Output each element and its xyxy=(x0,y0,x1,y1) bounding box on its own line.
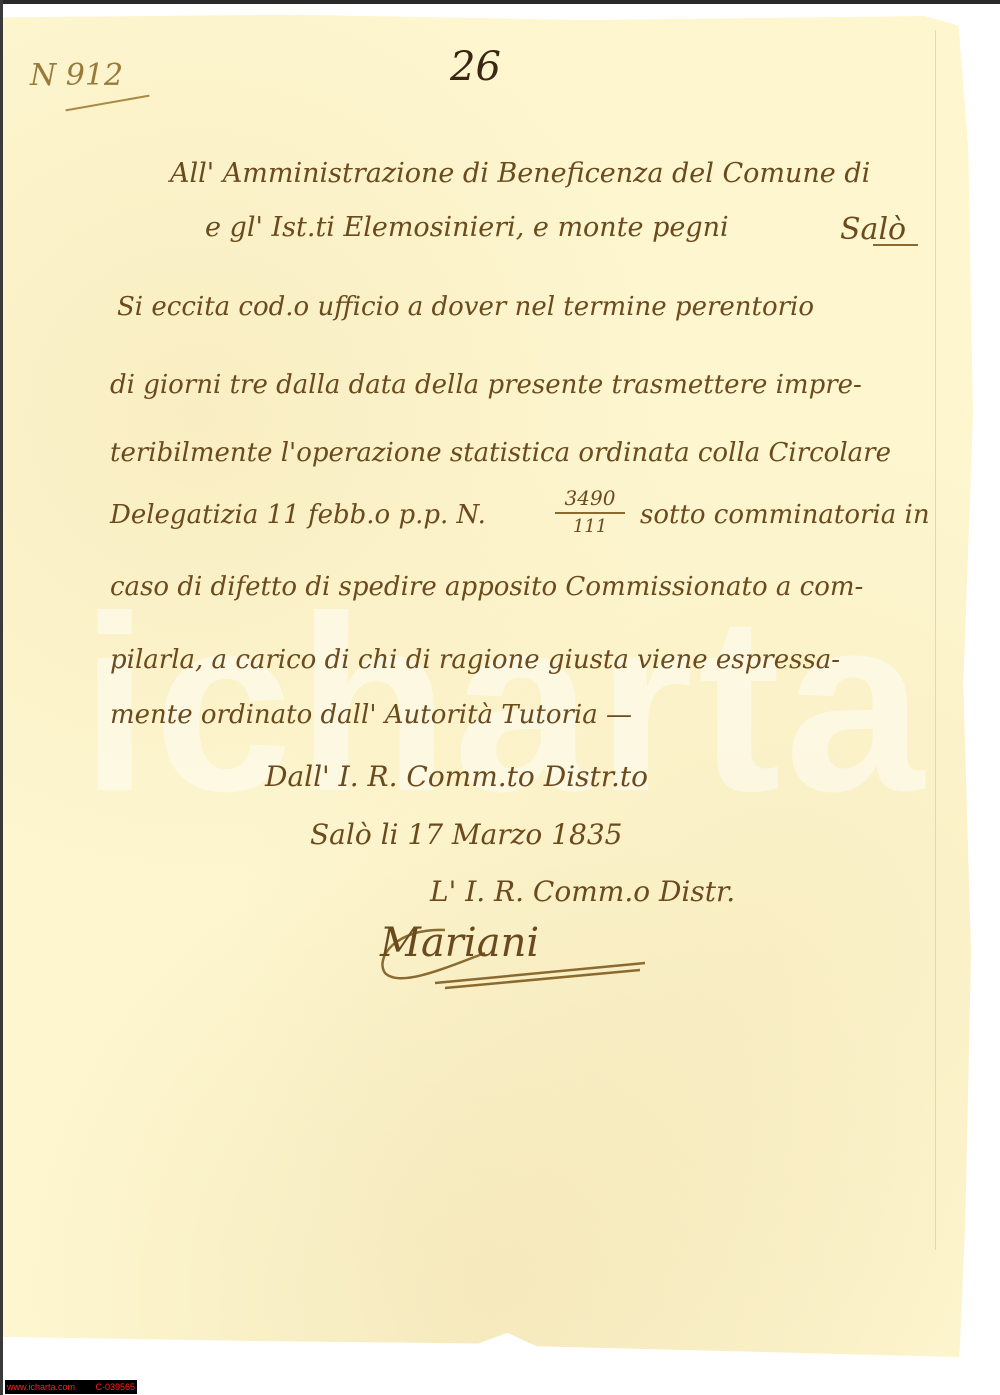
body-line-6: pilarla, a carico di chi di ragione gius… xyxy=(110,645,840,675)
address-line-2: e gl' Ist.ti Elemosinieri, e monte pegni xyxy=(205,212,729,243)
body-line-4: Delegatizia 11 febb.o p.p. N. xyxy=(110,500,486,530)
signatory-title: L' I. R. Comm.o Distr. xyxy=(430,875,735,908)
body-line-2: di giorni tre dalla data della presente … xyxy=(110,370,862,400)
scan-top-border xyxy=(0,0,1000,4)
closing-line: Dall' I. R. Comm.to Distr.to xyxy=(265,760,648,793)
fraction-bar xyxy=(555,512,625,514)
reference-number: N 912 xyxy=(30,58,123,93)
body-line-3: teribilmente l'operazione statistica ord… xyxy=(110,438,891,468)
fraction-numerator: 3490 xyxy=(555,486,625,510)
dateline: Salò li 17 Marzo 1835 xyxy=(310,818,622,851)
body-line-7: mente ordinato dall' Autorità Tutoria — xyxy=(110,700,632,730)
protocol-fraction: 3490 111 xyxy=(555,486,625,537)
scan-left-border xyxy=(0,0,3,1395)
signature: Mariani xyxy=(380,920,539,966)
place-underline xyxy=(873,244,918,246)
stamp-site: www.icharta.com xyxy=(7,1382,75,1392)
address-place: Salò xyxy=(840,212,906,247)
address-line-1: All' Amministrazione di Beneficenza del … xyxy=(170,158,870,189)
paper-fold-line xyxy=(935,30,936,1250)
body-line-4-continued: sotto comminatoria in xyxy=(640,500,930,530)
body-line-5: caso di difetto di spedire apposito Comm… xyxy=(110,572,863,602)
stamp-code: C-039565 xyxy=(95,1382,135,1392)
source-stamp: www.icharta.com C-039565 xyxy=(5,1380,137,1394)
fraction-denominator: 111 xyxy=(555,516,625,537)
folio-number: 26 xyxy=(450,44,501,90)
body-line-1: Si eccita cod.o ufficio a dover nel term… xyxy=(117,292,814,322)
